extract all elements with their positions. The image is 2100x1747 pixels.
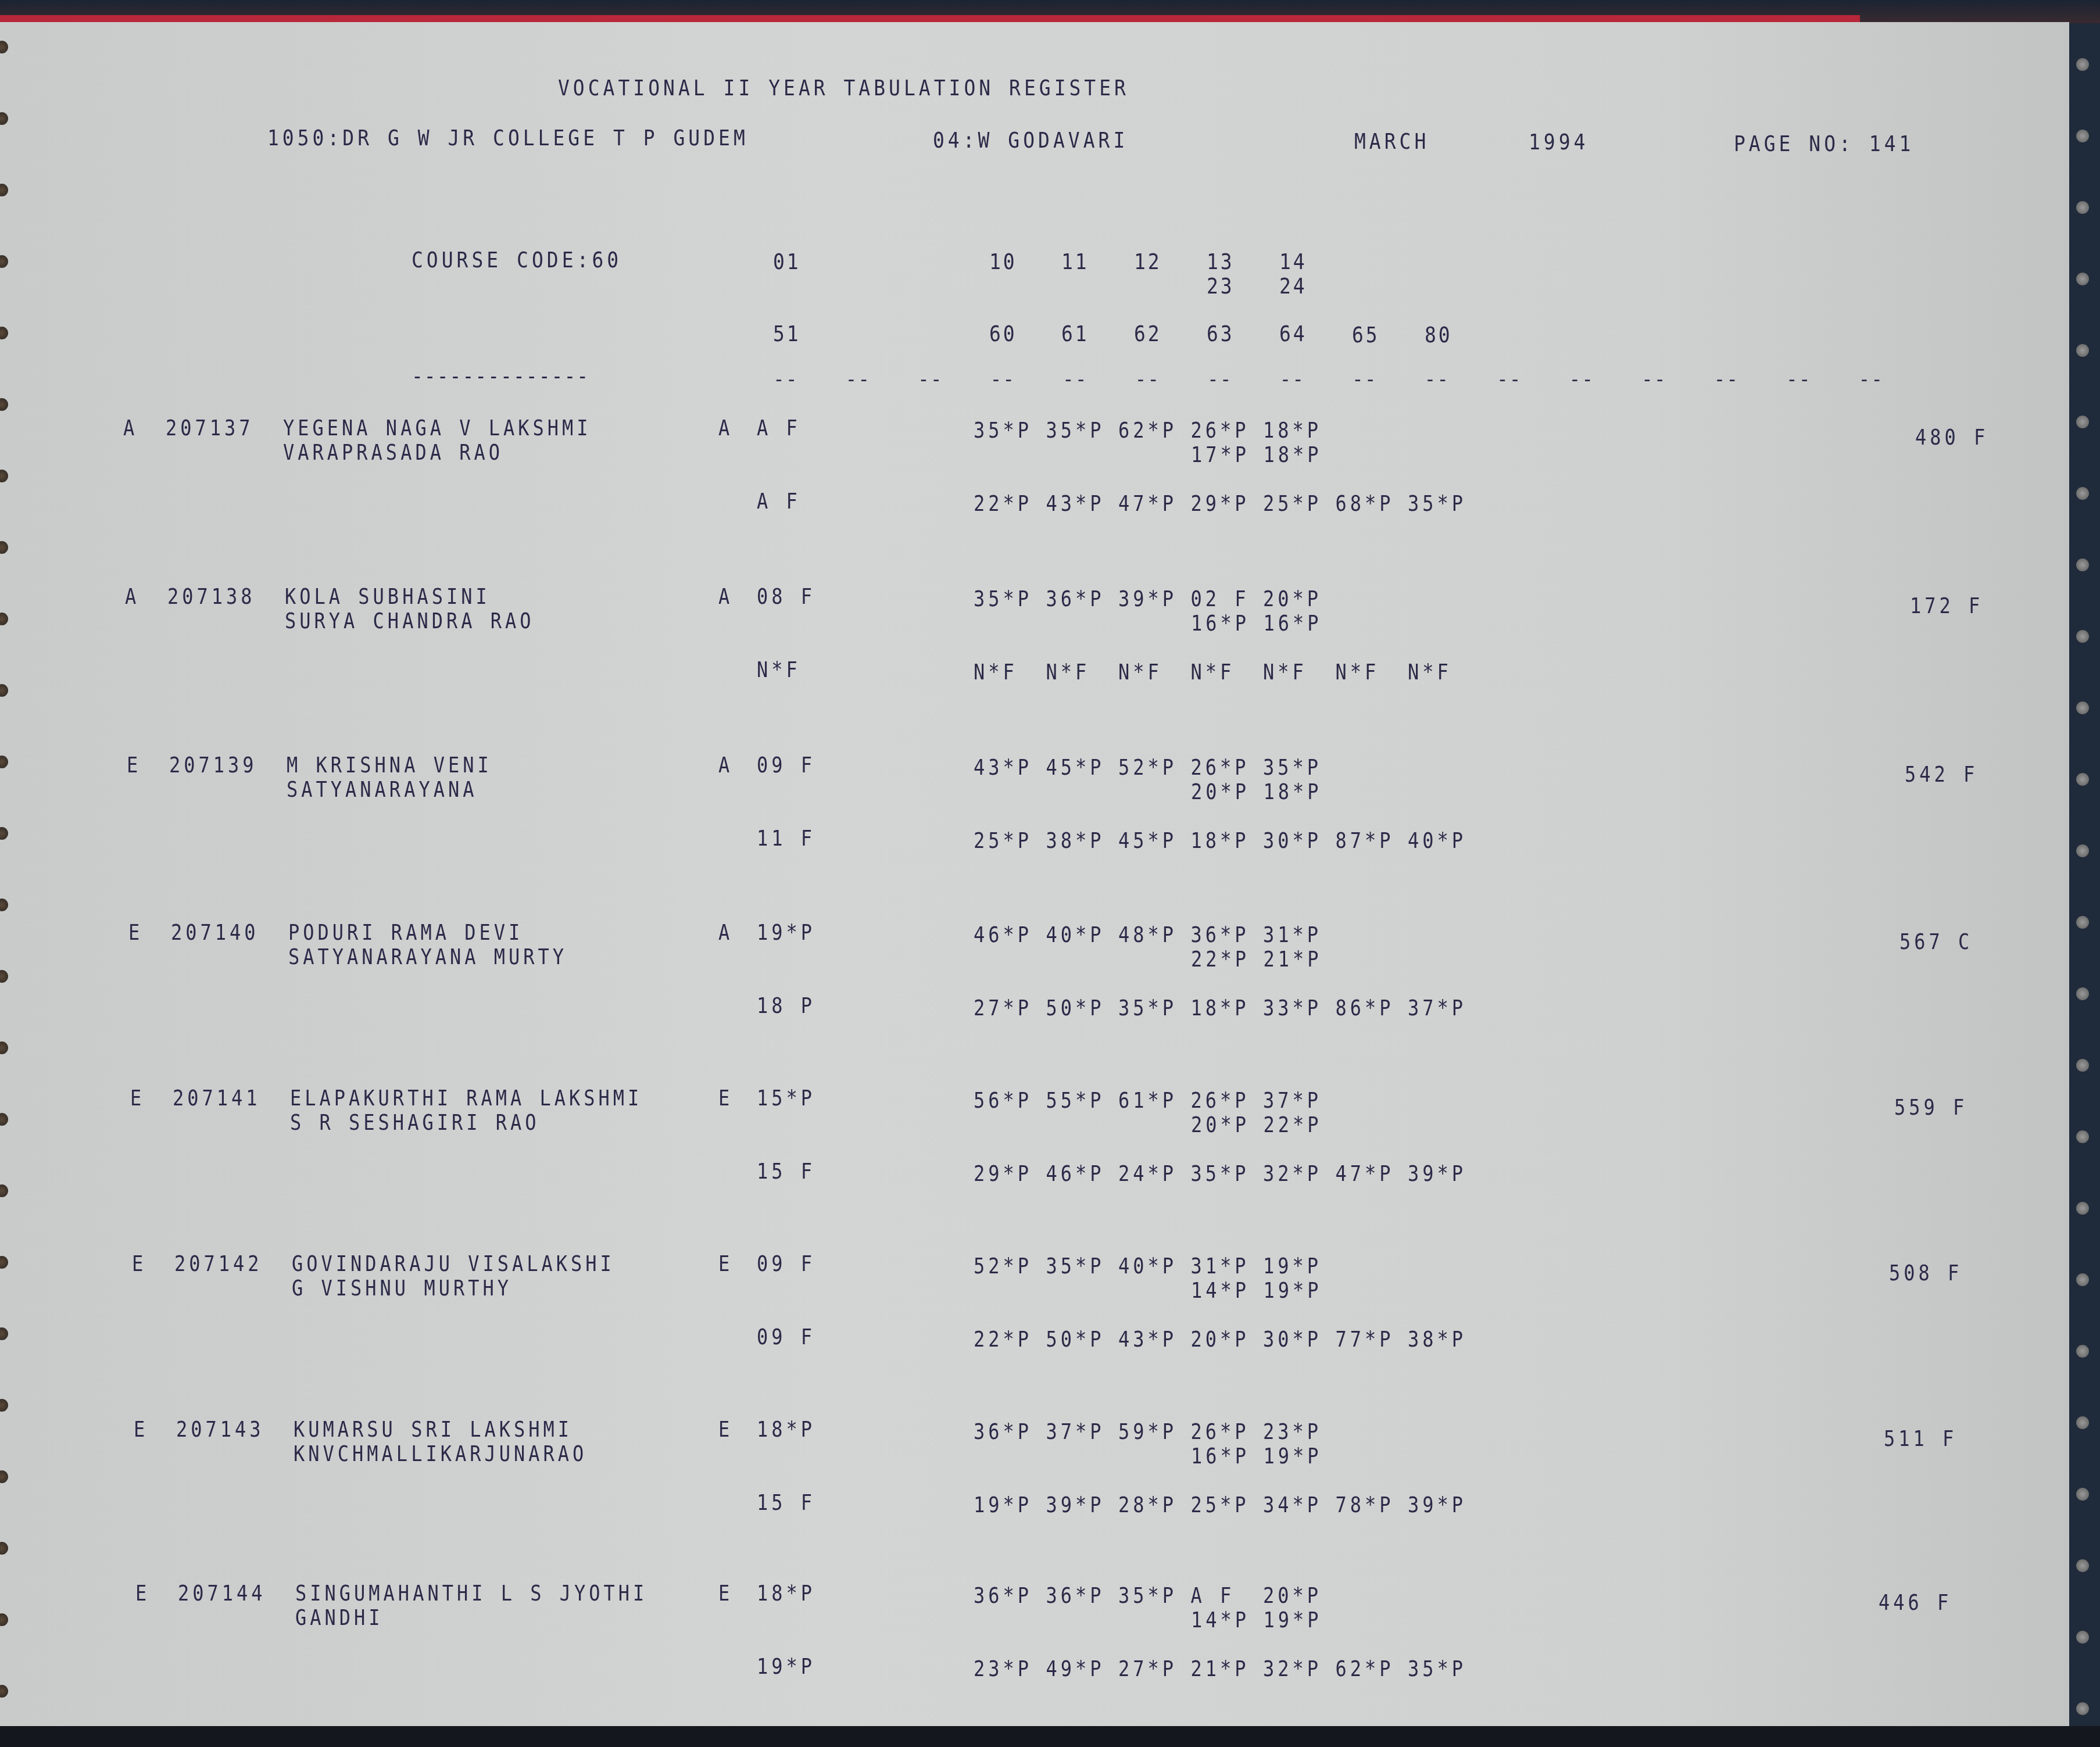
hall-ticket-number: 207143	[176, 1419, 264, 1440]
subject-mark: N*F	[1118, 661, 1162, 683]
punch-hole	[0, 613, 8, 625]
subject-mark: 62*P	[1118, 420, 1177, 441]
col-header: 65	[1352, 321, 1380, 348]
col-header: 51	[773, 320, 801, 346]
col-header: 64	[1279, 320, 1307, 346]
subject-mark: 43*P	[1118, 1329, 1177, 1350]
punch-hole	[2076, 1702, 2089, 1715]
subject-mark: 36*P	[974, 1421, 1032, 1442]
subject-mark: 38*P	[1408, 1329, 1466, 1350]
subject-mark: 02 F	[1191, 588, 1250, 610]
student-record: E207144SINGUMAHANTHI L S JYOTHIGANDHIE18…	[0, 22, 2069, 185]
subject-mark: 22*P	[974, 1329, 1032, 1350]
subject-mark: 18*P	[1191, 997, 1250, 1019]
punch-hole	[2076, 130, 2089, 142]
punch-hole	[2076, 773, 2089, 786]
student-name: M KRISHNA VENI	[287, 754, 492, 776]
practical-mark: 20*P	[1191, 781, 1250, 803]
subject-mark: 45*P	[1118, 830, 1177, 851]
student-name: KOLA SUBHASINI	[285, 586, 491, 607]
course-code: COURSE CODE:60	[412, 249, 622, 271]
punch-hole	[2076, 58, 2089, 71]
subject-mark: 20*P	[1263, 588, 1322, 610]
subject-mark: 33*P	[1263, 997, 1322, 1019]
subject-mark: 35*P	[1408, 493, 1466, 514]
punch-hole	[0, 470, 8, 482]
col-header: 10	[989, 248, 1017, 274]
subject-mark: 46*P	[974, 924, 1032, 946]
subject-mark: 25*P	[1263, 493, 1322, 514]
practical-mark: 14*P	[1191, 1280, 1250, 1301]
medium-code: A	[718, 922, 733, 943]
subject-mark: 43*P	[1046, 493, 1105, 514]
practical-mark: 22*P	[1191, 948, 1250, 970]
grand-total-result: 542 F	[1905, 764, 1978, 785]
subject-mark: 39*P	[1118, 588, 1177, 610]
subject-mark: 29*P	[974, 1163, 1032, 1184]
father-name: SURYA CHANDRA RAO	[285, 610, 535, 632]
practical-mark: 16*P	[1191, 1445, 1250, 1467]
subject-mark: 27*P	[974, 997, 1032, 1019]
subject-mark: 27*P	[1118, 1658, 1177, 1680]
punch-hole	[0, 827, 8, 840]
subject-mark: 40*P	[1408, 830, 1466, 851]
subject-mark: 34*P	[1263, 1494, 1322, 1516]
subject-mark: N*F	[1263, 661, 1307, 683]
part1-marks: 08 F	[757, 586, 815, 607]
column-divider-dash: --	[1280, 368, 1305, 391]
punch-hole	[2076, 630, 2089, 643]
subject-mark: 20*P	[1191, 1329, 1250, 1350]
punch-hole	[0, 112, 8, 125]
subject-mark: 37*P	[1408, 997, 1466, 1019]
subject-mark: 30*P	[1263, 1329, 1322, 1350]
subject-mark: 20*P	[1263, 1585, 1322, 1606]
col-header: 63	[1207, 320, 1235, 346]
practical-mark: 17*P	[1191, 444, 1250, 466]
column-divider-dash: --	[1207, 368, 1233, 391]
part2-marks: 19*P	[757, 1656, 815, 1677]
binder-cover-bottom	[0, 1726, 2100, 1747]
subject-mark: 26*P	[1191, 1090, 1250, 1111]
medium-code: A	[718, 417, 733, 439]
punch-hole	[2076, 1059, 2089, 1072]
subject-mark: 62*P	[1336, 1658, 1394, 1680]
practical-mark: 22*P	[1264, 1114, 1322, 1136]
punch-hole	[2076, 487, 2089, 500]
punch-hole	[0, 41, 8, 53]
part1-marks: 09 F	[757, 1253, 815, 1275]
punch-hole	[0, 1041, 8, 1054]
father-name: SATYANARAYANA	[287, 779, 477, 800]
subject-mark: 38*P	[1046, 830, 1105, 851]
col-header: 60	[989, 320, 1017, 346]
practical-mark: 19*P	[1264, 1280, 1322, 1301]
category-code: A	[125, 586, 139, 607]
punch-hole	[2076, 201, 2089, 214]
part2-marks: 18 P	[757, 995, 815, 1016]
subject-mark: 18*P	[1263, 420, 1322, 441]
col-header: 62	[1134, 320, 1162, 346]
medium-code: E	[718, 1419, 733, 1440]
column-divider-dash: --	[1062, 368, 1088, 391]
practical-mark: 21*P	[1264, 948, 1322, 970]
practical-mark: 19*P	[1264, 1609, 1322, 1631]
punch-hole	[2076, 1559, 2089, 1572]
subject-mark: 40*P	[1046, 924, 1105, 946]
student-name: ELAPAKURTHI RAMA LAKSHMI	[290, 1087, 642, 1109]
punch-hole	[2076, 1416, 2089, 1429]
category-code: E	[135, 1583, 150, 1604]
category-code: E	[127, 754, 141, 776]
hall-ticket-number: 207138	[167, 586, 256, 607]
subject-mark: 39*P	[1046, 1494, 1105, 1516]
col-header: 11	[1061, 248, 1089, 274]
category-code: E	[134, 1419, 148, 1440]
hall-ticket-number: 207139	[169, 754, 257, 776]
subject-mark: 32*P	[1263, 1658, 1322, 1680]
medium-code: E	[718, 1253, 733, 1275]
punch-hole	[0, 684, 8, 697]
punch-hole	[2076, 701, 2089, 714]
medium-code: E	[718, 1087, 733, 1109]
category-code: E	[132, 1253, 146, 1275]
subject-mark: 35*P	[1191, 1163, 1250, 1184]
subject-mark: 46*P	[1046, 1163, 1105, 1184]
part2-marks: 09 F	[757, 1326, 815, 1348]
punch-hole	[0, 541, 8, 554]
hall-ticket-number: 207142	[174, 1253, 263, 1275]
practical-mark: 20*P	[1191, 1114, 1250, 1136]
father-name: G VISHNU MURTHY	[292, 1277, 512, 1299]
subject-mark: 49*P	[1046, 1658, 1105, 1680]
subject-mark: 26*P	[1191, 1421, 1250, 1442]
student-name: KUMARSU SRI LAKSHMI	[294, 1419, 573, 1440]
punch-hole	[0, 255, 8, 268]
subject-mark: 40*P	[1118, 1255, 1177, 1277]
subject-mark: 78*P	[1336, 1494, 1394, 1516]
punch-hole	[0, 327, 8, 339]
subject-mark: 35*P	[974, 420, 1032, 441]
punch-hole	[2076, 1345, 2089, 1358]
medium-code: A	[718, 586, 733, 607]
column-divider-dash: --	[1569, 368, 1595, 391]
student-name: YEGENA NAGA V LAKSHMI	[283, 417, 592, 439]
punch-hole	[0, 1399, 8, 1412]
hall-ticket-number: 207140	[171, 922, 259, 943]
subject-mark: 25*P	[1191, 1494, 1250, 1516]
subject-mark: 28*P	[1118, 1494, 1177, 1516]
practical-mark: 18*P	[1264, 781, 1322, 803]
subject-mark: 39*P	[1408, 1163, 1466, 1184]
grand-total-result: 480 F	[1915, 427, 1988, 448]
father-name: VARAPRASADA RAO	[283, 442, 503, 463]
grand-total-result: 508 F	[1889, 1262, 1962, 1284]
column-divider-dash: --	[990, 368, 1016, 391]
punch-hole	[2076, 559, 2089, 571]
subject-mark: 35*P	[1118, 997, 1177, 1019]
subject-mark: 35*P	[1118, 1585, 1177, 1606]
subject-mark: 52*P	[1118, 757, 1177, 778]
subject-mark: N*F	[1336, 661, 1380, 683]
subject-mark: 68*P	[1336, 493, 1394, 514]
col-header-sub: 23	[1207, 273, 1235, 299]
subject-mark: 77*P	[1336, 1329, 1394, 1350]
subject-mark: 22*P	[974, 493, 1032, 514]
punch-hole	[0, 1613, 8, 1626]
category-code: A	[123, 417, 138, 439]
punch-hole	[0, 398, 8, 411]
punch-hole	[0, 1470, 8, 1483]
col-header: 13	[1207, 248, 1235, 274]
column-divider-dash: --	[773, 368, 799, 391]
punch-hole	[2076, 1202, 2089, 1215]
column-divider-dash: --	[1641, 368, 1667, 391]
grand-total-result: 446 F	[1879, 1592, 1952, 1613]
column-divider-dash: --	[918, 368, 943, 391]
subject-mark: 36*P	[1046, 588, 1105, 610]
practical-mark: 18*P	[1264, 444, 1322, 466]
subject-mark: 30*P	[1263, 830, 1322, 851]
column-divider-dash: --	[846, 368, 871, 391]
part1-marks: 15*P	[757, 1087, 815, 1109]
subject-mark: N*F	[1191, 661, 1235, 683]
punch-holes-left	[0, 23, 17, 1726]
punch-holes-right	[2075, 23, 2092, 1726]
punch-hole	[2076, 844, 2089, 857]
subject-mark: 45*P	[1046, 757, 1105, 778]
punch-hole	[2076, 1130, 2089, 1143]
subject-mark: A F	[1191, 1585, 1235, 1606]
subject-mark: 18*P	[1191, 830, 1250, 851]
subject-mark: 55*P	[1046, 1090, 1105, 1111]
part2-marks: N*F	[757, 659, 801, 681]
subject-mark: 35*P	[974, 588, 1032, 610]
subject-mark: 32*P	[1263, 1163, 1322, 1184]
col-header: 61	[1061, 320, 1089, 346]
subject-mark: N*F	[1046, 661, 1090, 683]
punch-hole	[2076, 1488, 2089, 1501]
subject-mark: 36*P	[1191, 924, 1250, 946]
student-name: PODURI RAMA DEVI	[288, 922, 523, 943]
punch-hole	[2076, 416, 2089, 428]
subject-mark: 37*P	[1046, 1421, 1105, 1442]
subject-mark: 19*P	[974, 1494, 1032, 1516]
subject-mark: 31*P	[1191, 1255, 1250, 1277]
column-divider-dash: --	[1786, 368, 1812, 391]
part1-marks: 18*P	[757, 1583, 815, 1604]
subject-mark: 26*P	[1191, 757, 1250, 778]
subject-mark: 26*P	[1191, 420, 1250, 441]
punch-hole	[2076, 273, 2089, 285]
subject-mark: 87*P	[1336, 830, 1394, 851]
student-name: SINGUMAHANTHI L S JYOTHI	[295, 1583, 647, 1604]
subject-mark: N*F	[1408, 661, 1452, 683]
medium-code: E	[718, 1583, 733, 1604]
subject-mark: 19*P	[1263, 1255, 1322, 1277]
column-divider-dash: --	[1714, 368, 1740, 391]
hall-ticket-number: 207141	[173, 1087, 261, 1109]
punch-hole	[0, 1184, 8, 1197]
punch-hole	[0, 898, 8, 911]
part2-marks: 15 F	[757, 1161, 815, 1182]
punch-hole	[0, 184, 8, 196]
father-name: S R SESHAGIRI RAO	[290, 1112, 540, 1133]
subject-mark: 23*P	[1263, 1421, 1322, 1442]
grand-total-result: 172 F	[1910, 595, 1983, 617]
part1-marks: 09 F	[757, 754, 815, 776]
punch-hole	[0, 1542, 8, 1555]
subject-mark: 21*P	[1191, 1658, 1250, 1680]
category-code: E	[130, 1087, 145, 1109]
punch-hole	[2076, 1631, 2089, 1644]
column-divider-dash: --	[1352, 368, 1378, 391]
subject-mark: 24*P	[1118, 1163, 1177, 1184]
practical-mark: 14*P	[1191, 1609, 1250, 1631]
part2-marks: A F	[757, 491, 801, 512]
subject-mark: 35*P	[1408, 1658, 1466, 1680]
subject-mark: 35*P	[1046, 420, 1105, 441]
hall-ticket-number: 207144	[178, 1583, 266, 1604]
col-header: 01	[773, 248, 801, 274]
grand-total-result: 567 C	[1899, 931, 1973, 953]
punch-hole	[0, 1256, 8, 1269]
part1-marks: A F	[757, 417, 801, 439]
father-name: SATYANARAYANA MURTY	[288, 946, 567, 968]
column-divider-dash: --	[1497, 368, 1522, 391]
subject-mark: 47*P	[1118, 493, 1177, 514]
header-underline: --------------	[412, 365, 589, 387]
part2-marks: 11 F	[757, 828, 815, 849]
subject-mark: 23*P	[974, 1658, 1032, 1680]
col-header: 80	[1425, 321, 1453, 348]
grand-total-result: 559 F	[1894, 1097, 1967, 1118]
subject-mark: 56*P	[974, 1090, 1032, 1111]
subject-mark: 35*P	[1046, 1255, 1105, 1277]
subject-mark: 61*P	[1118, 1090, 1177, 1111]
subject-mark: 37*P	[1263, 1090, 1322, 1111]
category-code: E	[128, 922, 143, 943]
column-divider-dash: --	[1425, 368, 1450, 391]
col-header: 12	[1134, 248, 1162, 274]
subject-mark: 39*P	[1408, 1494, 1466, 1516]
col-header-sub: 24	[1279, 273, 1307, 299]
subject-mark: 52*P	[974, 1255, 1032, 1277]
student-name: GOVINDARAJU VISALAKSHI	[292, 1253, 615, 1275]
punch-hole	[2076, 916, 2089, 929]
practical-mark: 19*P	[1264, 1445, 1322, 1467]
subject-mark: 86*P	[1336, 997, 1394, 1019]
subject-mark: 36*P	[1046, 1585, 1105, 1606]
medium-code: A	[718, 754, 733, 776]
practical-mark: 16*P	[1264, 613, 1322, 634]
column-divider-dash: --	[1859, 368, 1884, 391]
subject-mark: 43*P	[974, 757, 1032, 778]
subject-mark: 47*P	[1336, 1163, 1394, 1184]
col-header: 14	[1279, 248, 1307, 274]
column-divider-dash: --	[1135, 368, 1161, 391]
subject-mark: 25*P	[974, 830, 1032, 851]
hall-ticket-number: 207137	[166, 417, 254, 439]
punch-hole	[2076, 1273, 2089, 1286]
subject-mark: 48*P	[1118, 924, 1177, 946]
subject-mark: 50*P	[1046, 997, 1105, 1019]
part1-marks: 18*P	[757, 1419, 815, 1440]
subject-mark: 35*P	[1263, 757, 1322, 778]
punch-hole	[0, 970, 8, 983]
punch-hole	[0, 1327, 8, 1340]
subject-mark: 29*P	[1191, 493, 1250, 514]
punch-hole	[0, 1685, 8, 1698]
father-name: KNVCHMALLIKARJUNARAO	[294, 1443, 587, 1465]
punch-hole	[2076, 344, 2089, 357]
part2-marks: 15 F	[757, 1492, 815, 1513]
punch-hole	[0, 1113, 8, 1126]
subject-mark: N*F	[974, 661, 1018, 683]
subject-mark: 31*P	[1263, 924, 1322, 946]
practical-mark: 16*P	[1191, 613, 1250, 634]
subject-mark: 36*P	[974, 1585, 1032, 1606]
subject-mark: 59*P	[1118, 1421, 1177, 1442]
tabulation-sheet: VOCATIONAL II YEAR TABULATION REGISTER 1…	[0, 22, 2069, 1731]
punch-hole	[2076, 987, 2089, 1000]
father-name: GANDHI	[295, 1607, 384, 1628]
part1-marks: 19*P	[757, 922, 815, 943]
grand-total-result: 511 F	[1884, 1428, 1957, 1449]
punch-hole	[0, 756, 8, 768]
subject-mark: 50*P	[1046, 1329, 1105, 1350]
